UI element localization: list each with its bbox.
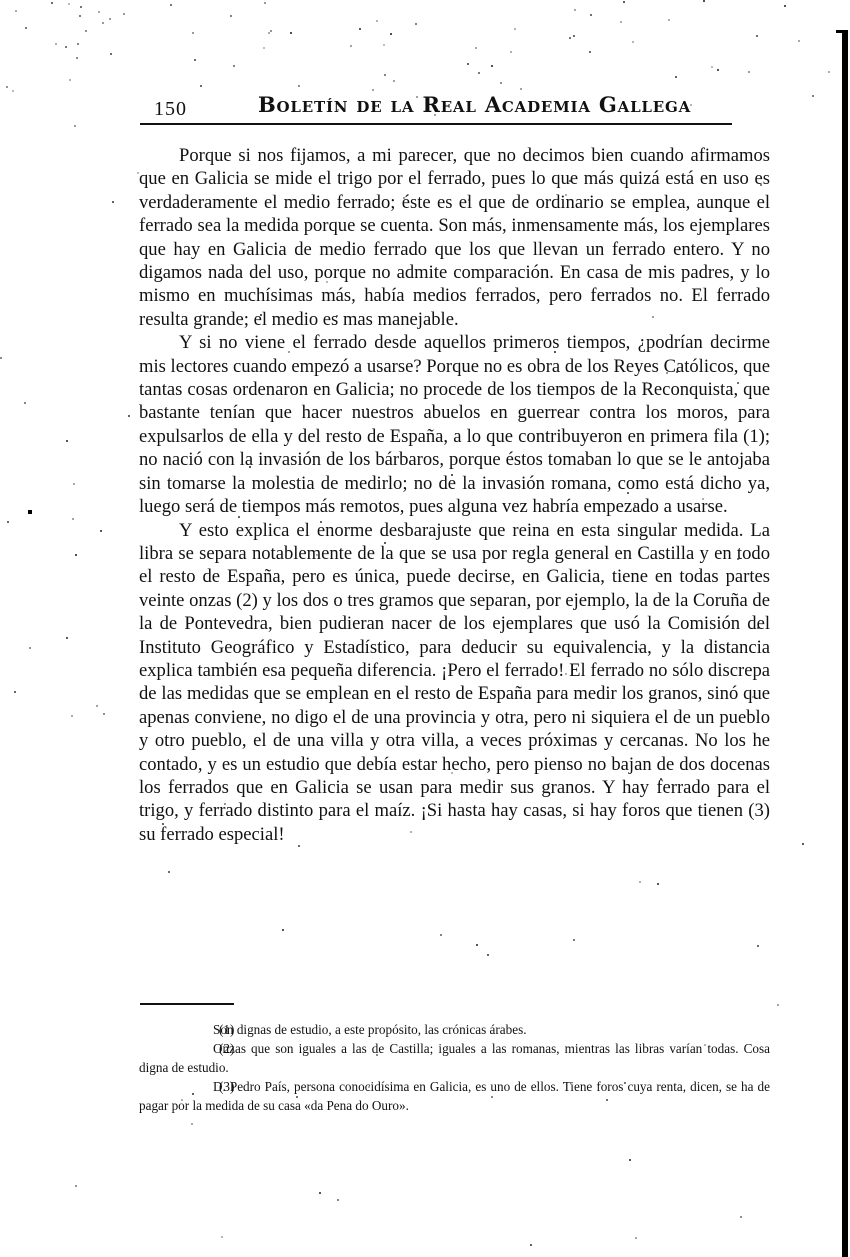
- footnote: (2)Onzas que son iguales a las de Castil…: [139, 1039, 770, 1077]
- scan-speck: [14, 691, 16, 693]
- scan-speck: [510, 51, 512, 53]
- scan-speck: [393, 80, 395, 82]
- scan-speck: [500, 82, 502, 84]
- scan-speck: [798, 40, 800, 42]
- scan-speck: [128, 415, 130, 417]
- scan-speck: [384, 74, 386, 76]
- scan-speck: [76, 57, 78, 59]
- footnote: (1)Son dignas de estudio, a este propósi…: [139, 1020, 770, 1039]
- scan-speck: [73, 483, 75, 485]
- scan-speck: [264, 2, 266, 4]
- scan-speck: [100, 530, 102, 532]
- footnote-number: (3): [179, 1077, 213, 1096]
- scan-speck: [757, 945, 759, 947]
- scan-speck: [80, 6, 82, 8]
- scan-speck: [71, 715, 73, 717]
- scan-edge-shadow: [842, 30, 848, 1257]
- scan-speck: [632, 41, 634, 43]
- scan-speck: [66, 637, 68, 639]
- scan-speck: [112, 201, 114, 203]
- scan-speck: [491, 65, 493, 67]
- scan-speck: [703, 0, 705, 2]
- footnote-text: Son dignas de estudio, a este propósito,…: [213, 1022, 527, 1037]
- scan-speck: [270, 30, 272, 32]
- scan-speck: [15, 10, 17, 12]
- footnote-number: (2): [179, 1039, 213, 1058]
- scan-speck: [6, 86, 8, 88]
- body-text: Porque si nos fijamos, a mi parecer, que…: [139, 144, 770, 846]
- scan-speck: [717, 69, 719, 71]
- scan-speck: [756, 35, 758, 37]
- scan-speck: [51, 2, 53, 4]
- scan-speck: [200, 85, 202, 87]
- page-header: 150 Boletín de la Real Academia Gallega: [140, 92, 735, 126]
- scan-speck: [376, 20, 378, 22]
- footnote-number: (1): [179, 1020, 213, 1039]
- scan-speck: [383, 44, 385, 46]
- scan-speck: [7, 521, 9, 523]
- scan-speck: [79, 15, 81, 17]
- running-title: Boletín de la Real Academia Gallega: [258, 92, 691, 117]
- scan-speck: [268, 32, 270, 34]
- header-rule: [140, 123, 732, 125]
- scan-speck: [282, 929, 284, 931]
- scan-speck: [98, 11, 100, 13]
- scan-speck: [623, 1, 625, 3]
- scan-speck: [77, 43, 79, 45]
- scan-speck: [467, 63, 469, 65]
- scan-speck: [72, 518, 74, 520]
- scan-speck: [191, 1123, 193, 1125]
- paragraph: Porque si nos fijamos, a mi parecer, que…: [139, 144, 770, 331]
- scan-speck: [802, 843, 804, 845]
- scan-speck: [170, 4, 172, 6]
- scan-speck: [620, 21, 622, 23]
- paragraph: Y si no viene el ferrado desde aquellos …: [139, 331, 770, 518]
- scan-speck: [350, 45, 352, 47]
- scan-speck: [25, 27, 27, 29]
- scan-speck: [635, 1237, 637, 1239]
- scan-speck: [69, 79, 71, 81]
- scan-speck: [569, 37, 571, 39]
- scan-speck: [55, 43, 57, 45]
- scan-speck: [520, 88, 522, 90]
- scan-speck: [233, 65, 235, 67]
- scan-speck: [589, 51, 591, 53]
- scan-speck: [475, 47, 477, 49]
- scan-speck: [75, 554, 77, 556]
- scan-speck: [740, 1216, 742, 1218]
- scan-speck: [573, 35, 575, 37]
- scan-speck: [123, 13, 125, 15]
- scan-speck: [668, 19, 670, 21]
- scan-speck: [487, 954, 489, 956]
- page-number: 150: [154, 98, 187, 121]
- scan-speck: [812, 95, 814, 97]
- scan-speck: [440, 934, 442, 936]
- footnote-text: Onzas que son iguales a las de Castilla;…: [139, 1041, 770, 1075]
- scan-speck: [828, 71, 830, 73]
- scan-edge-corner: [836, 30, 848, 33]
- scan-speck: [102, 22, 104, 24]
- scan-speck: [194, 59, 196, 61]
- scan-speck: [337, 1199, 339, 1201]
- scan-speck: [639, 881, 641, 883]
- scan-speck: [711, 66, 713, 68]
- scan-speck: [372, 89, 374, 91]
- scan-speck: [784, 5, 786, 7]
- scan-speck: [66, 440, 68, 442]
- scan-speck: [12, 90, 14, 92]
- scan-speck: [298, 85, 300, 87]
- scan-speck: [65, 46, 67, 48]
- scan-speck: [777, 1004, 779, 1006]
- scan-speck: [415, 23, 417, 25]
- scan-speck: [530, 1244, 532, 1246]
- scan-speck: [390, 33, 392, 35]
- scan-speck: [0, 357, 2, 359]
- footnote: (3)D. Pedro País, persona conocidísima e…: [139, 1077, 770, 1115]
- scan-speck: [574, 9, 576, 11]
- scan-speck: [657, 883, 659, 885]
- scan-speck: [168, 871, 170, 873]
- footnote-rule: [140, 1003, 234, 1005]
- scan-speck: [74, 125, 76, 127]
- scan-speck: [109, 18, 111, 20]
- scan-speck: [24, 402, 26, 404]
- paragraph: Y esto explica el enorme desbarajuste qu…: [139, 519, 770, 847]
- scan-speck: [675, 76, 677, 78]
- scan-speck: [192, 32, 194, 34]
- scan-speck: [748, 71, 750, 73]
- scan-speck: [68, 3, 70, 5]
- scan-speck: [290, 32, 292, 34]
- scan-speck: [28, 510, 32, 514]
- scan-speck: [263, 47, 265, 49]
- scan-speck: [75, 1185, 77, 1187]
- footnotes: (1)Son dignas de estudio, a este propósi…: [139, 1020, 770, 1115]
- scan-speck: [478, 72, 480, 74]
- scan-speck: [103, 713, 105, 715]
- scan-speck: [221, 1236, 223, 1238]
- scan-speck: [230, 15, 232, 17]
- scan-speck: [590, 14, 592, 16]
- scan-speck: [96, 705, 98, 707]
- scan-speck: [629, 1159, 631, 1161]
- scan-speck: [110, 53, 112, 55]
- footnote-text: D. Pedro País, persona conocidísima en G…: [139, 1079, 770, 1113]
- scan-speck: [514, 28, 516, 30]
- scan-speck: [29, 647, 31, 649]
- scan-speck: [85, 30, 87, 32]
- scan-speck: [359, 28, 361, 30]
- scan-speck: [476, 944, 478, 946]
- scan-speck: [319, 1192, 321, 1194]
- scan-speck: [573, 939, 575, 941]
